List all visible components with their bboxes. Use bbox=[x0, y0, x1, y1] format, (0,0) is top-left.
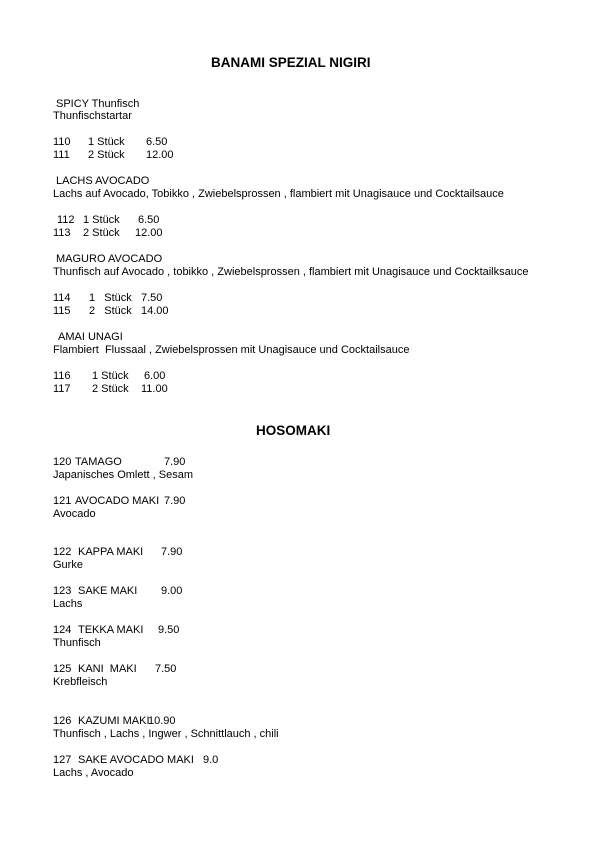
item-quantity: 1 Stück bbox=[89, 292, 132, 305]
section-title-hosomaki: HOSOMAKI bbox=[256, 423, 330, 439]
item-name: LACHS AVOCADO bbox=[56, 175, 149, 188]
item-number: 115 bbox=[53, 305, 71, 318]
item-name: KAPPA MAKI bbox=[78, 546, 143, 559]
item-price: 6.00 bbox=[144, 370, 165, 383]
item-price: 12.00 bbox=[135, 227, 163, 240]
item-description: Lachs bbox=[53, 598, 82, 611]
item-number: 123 bbox=[53, 585, 71, 598]
item-number: 116 bbox=[53, 370, 71, 383]
item-price: 9.00 bbox=[161, 585, 182, 598]
item-description: Flambiert Flussaal , Zwiebelsprossen mit… bbox=[53, 344, 409, 357]
item-price: 11.00 bbox=[141, 383, 168, 396]
item-price: 12.00 bbox=[146, 149, 174, 162]
item-quantity: 1 Stück bbox=[88, 136, 125, 149]
item-price: 7.50 bbox=[155, 663, 176, 676]
item-quantity: 2 Stück bbox=[83, 227, 120, 240]
item-price: 14.00 bbox=[141, 305, 169, 318]
item-quantity: 1 Stück bbox=[83, 214, 120, 227]
item-price: 7.50 bbox=[141, 292, 162, 305]
item-description: Krebfleisch bbox=[53, 676, 107, 689]
item-description: Thunfisch bbox=[53, 637, 101, 650]
item-description: Lachs , Avocado bbox=[53, 767, 134, 780]
item-price: 7.90 bbox=[161, 546, 182, 559]
item-description: Lachs auf Avocado, Tobikko , Zwiebelspro… bbox=[53, 188, 504, 201]
item-number: 114 bbox=[53, 292, 71, 305]
item-number: 111 bbox=[53, 149, 70, 162]
item-number: 124 bbox=[53, 624, 71, 637]
item-name: SAKE AVOCADO MAKI bbox=[78, 754, 194, 767]
item-quantity: 2 Stück bbox=[88, 149, 125, 162]
item-number: 121 bbox=[53, 495, 71, 508]
item-name: SAKE MAKI bbox=[78, 585, 137, 598]
item-name: KANI MAKI bbox=[78, 663, 137, 676]
item-description: Avocado bbox=[53, 508, 96, 521]
item-quantity: 1 Stück bbox=[92, 370, 129, 383]
item-description: Thunfischstartar bbox=[53, 110, 132, 123]
item-name: TAMAGO bbox=[75, 456, 122, 469]
item-number: 122 bbox=[53, 546, 71, 559]
item-name: AVOCADO MAKI bbox=[75, 495, 159, 508]
item-description: Thunfisch auf Avocado , tobikko , Zwiebe… bbox=[53, 266, 528, 279]
item-name: KAZUMI MAKI bbox=[78, 715, 150, 728]
item-price: 6.50 bbox=[138, 214, 159, 227]
item-quantity: 2 Stück bbox=[89, 305, 132, 318]
item-number: 125 bbox=[53, 663, 71, 676]
item-number: 127 bbox=[53, 754, 71, 767]
item-price: 7.90 bbox=[164, 456, 185, 469]
section-title-nigiri: BANAMI SPEZIAL NIGIRI bbox=[211, 55, 371, 71]
item-number: 112 bbox=[57, 214, 75, 227]
item-price: 10.90 bbox=[148, 715, 176, 728]
item-name: MAGURO AVOCADO bbox=[56, 253, 162, 266]
item-name: TEKKA MAKI bbox=[78, 624, 143, 637]
item-number: 126 bbox=[53, 715, 71, 728]
item-quantity: 2 Stück bbox=[92, 383, 129, 396]
item-price: 7.90 bbox=[164, 495, 185, 508]
item-name: AMAI UNAGI bbox=[58, 331, 123, 344]
item-number: 117 bbox=[53, 383, 71, 396]
item-description: Gurke bbox=[53, 559, 83, 572]
item-number: 120 bbox=[53, 456, 71, 469]
item-description: Thunfisch , Lachs , Ingwer , Schnittlauc… bbox=[53, 728, 279, 741]
item-price: 9.0 bbox=[203, 754, 218, 767]
item-number: 113 bbox=[53, 227, 71, 240]
item-description: Japanisches Omlett , Sesam bbox=[53, 469, 193, 482]
item-price: 6.50 bbox=[146, 136, 167, 149]
item-price: 9.50 bbox=[158, 624, 179, 637]
item-number: 110 bbox=[53, 136, 71, 149]
